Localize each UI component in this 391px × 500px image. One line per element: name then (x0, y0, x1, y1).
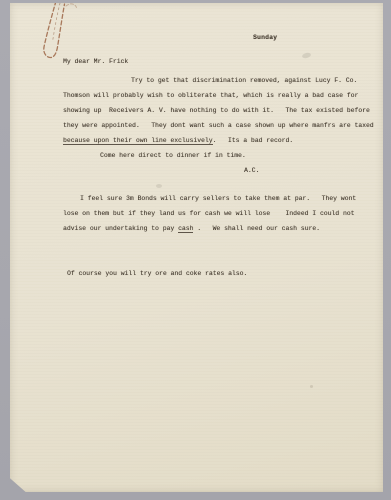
stain-speck (302, 52, 312, 59)
para2-line2: lose on them but if they land us for cas… (63, 210, 354, 218)
scan-background: Sunday My dear Mr. Frick Try to get that… (0, 0, 391, 500)
date-line: Sunday (253, 34, 277, 42)
salutation: My dear Mr. Frick (63, 58, 128, 66)
signature-initials: A.C. (244, 167, 259, 175)
underlined-phrase: because upon their own line exclusively (63, 137, 213, 145)
para2-line1: I feel sure 3m Bonds will carry sellers … (80, 195, 356, 203)
para1-line1: Try to get that discrimination removed, … (131, 77, 357, 85)
letter-paper: Sunday My dear Mr. Frick Try to get that… (10, 3, 383, 492)
para1-line5: because upon their own line exclusively.… (63, 137, 293, 145)
para1-line4: they were appointed. They dont want such… (63, 122, 374, 130)
stain-speck (156, 184, 162, 188)
para2-line3-pre: advise our undertaking to pay (63, 225, 178, 232)
para2-line3-rest: . We shall need our cash sure. (193, 225, 320, 232)
paperclip-rust-stain (30, 1, 82, 63)
postscript-line: Of course you will try ore and coke rate… (67, 270, 247, 278)
para2-line3: advise our undertaking to pay cash . We … (63, 225, 320, 233)
para1-line5-rest: . Its a bad record. (213, 137, 294, 144)
dinner-line: Come here direct to dinner if in time. (100, 152, 246, 160)
underlined-word-cash: cash (178, 225, 193, 233)
para1-line2: Thomson will probably wish to obliterate… (63, 92, 358, 100)
stain-speck (310, 385, 313, 388)
para1-line3: showing up Receivers A. V. have nothing … (63, 107, 370, 115)
